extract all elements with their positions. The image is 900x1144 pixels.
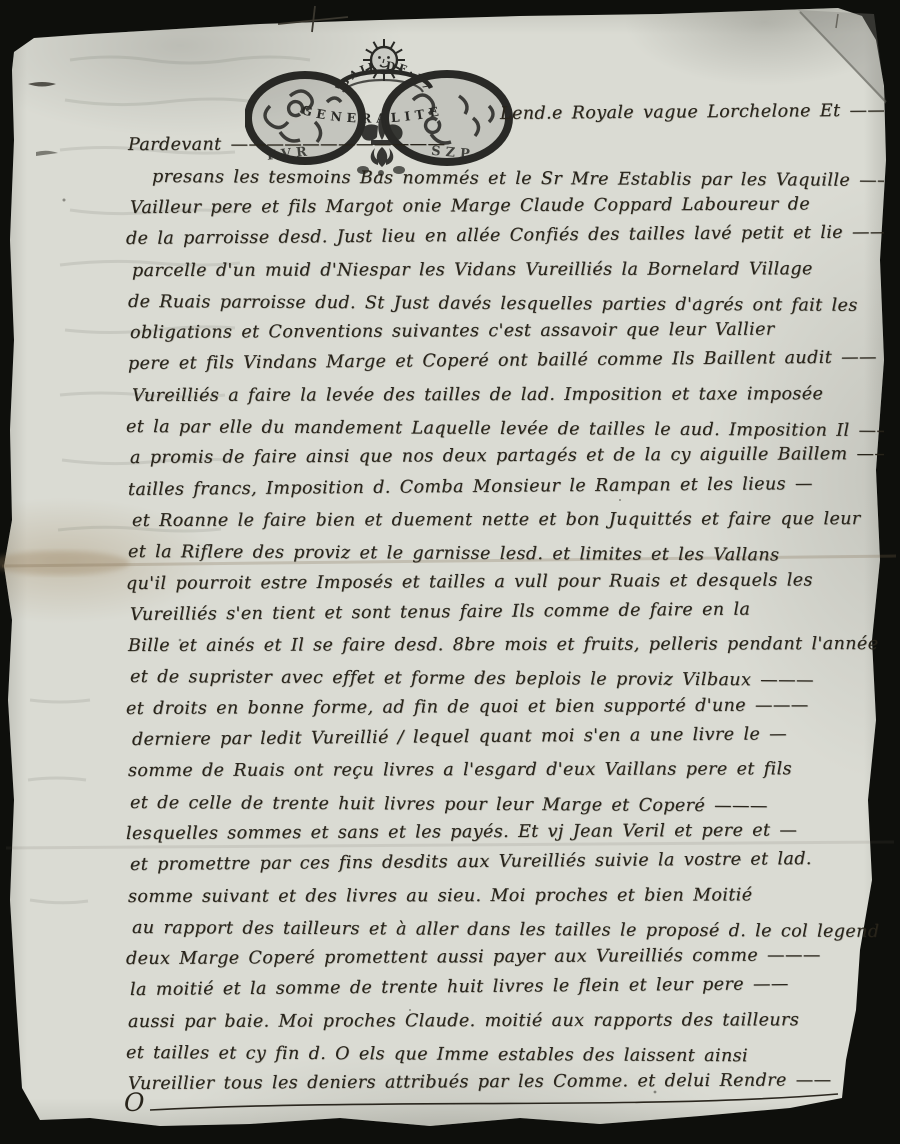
- manuscript-line: presans les tesmoins Bas nommés et le Sr…: [152, 167, 884, 191]
- manuscript-line: de la parroisse desd. Just lieu en allée…: [126, 222, 884, 249]
- manuscript-line: et Roanne le faire bien et duement nette…: [132, 509, 861, 531]
- manuscript-line: la moitié et la somme de trente huit liv…: [130, 975, 789, 1001]
- manuscript-line: tailles francs, Imposition d. Comba Mons…: [128, 474, 813, 500]
- manuscript-line: Bille et ainés et Il se faire desd. 8bre…: [128, 634, 884, 656]
- manuscript-line: Vureilliés s'en tient et sont tenus fair…: [130, 599, 750, 625]
- manuscript-line: derniere par ledit Vureillié / lequel qu…: [132, 724, 787, 750]
- manuscript-line: deux Marge Coperé promettent aussi payer…: [126, 945, 821, 969]
- manuscript-line: obligations et Conventions suivantes c'e…: [130, 320, 775, 343]
- closing-flourish-o: O: [124, 1088, 145, 1117]
- manuscript-line: et de suprister avec effet et forme des …: [130, 667, 814, 691]
- manuscript-line: aussi par baie. Moi proches Claude. moit…: [128, 1010, 799, 1032]
- manuscript-line: et promettre par ces fins desdits aux Vu…: [130, 849, 812, 875]
- scanned-document: BAIL·DE·1706 GENERALITE FVR SZP Lend.e R…: [0, 0, 900, 1144]
- manuscript-line: parcelle d'un muid d'Niespar les Vidans …: [132, 259, 813, 281]
- manuscript-line: Pardevant ————————————: [128, 134, 445, 155]
- manuscript-line: pere et fils Vindans Marge et Coperé ont…: [128, 348, 877, 375]
- manuscript-line: de Ruais parroisse dud. St Just davés le…: [128, 292, 858, 316]
- manuscript-line: et tailles et cy fin d. O els que Imme e…: [126, 1043, 748, 1066]
- manuscript-line: au rapport des tailleurs et à aller dans…: [132, 918, 880, 942]
- manuscript-line: et la par elle du mandement Laquelle lev…: [126, 417, 884, 441]
- manuscript-line: Vailleur pere et fils Margot onie Marge …: [130, 194, 810, 218]
- manuscript-line: lesquelles sommes et sans et les payés. …: [126, 820, 797, 844]
- manuscript-line: Vureillier tous les deniers attribués pa…: [128, 1071, 832, 1095]
- manuscript-line: et droits en bonne forme, ad fin de quoi…: [126, 695, 809, 719]
- manuscript-line: somme suivant et des livres au sieu. Moi…: [128, 885, 753, 907]
- manuscript-line: Lend.e Royale vague Lorchelone Et ———: [500, 100, 884, 124]
- manuscript-line: et de celle de trente huit livres pour l…: [130, 793, 768, 816]
- manuscript-line: et la Riflere des proviz et le garnisse …: [128, 542, 780, 566]
- manuscript-line: somme de Ruais ont reçu livres a l'esgar…: [128, 760, 792, 782]
- manuscript-line: qu'il pourroit estre Imposés et tailles …: [126, 570, 813, 594]
- manuscript-text: Lend.e Royale vague Lorchelone Et ———Par…: [0, 0, 884, 1144]
- manuscript-line: a promis de faire ainsi que nos deux par…: [130, 444, 884, 468]
- manuscript-line: Vureilliés a faire la levée des tailles …: [132, 384, 823, 406]
